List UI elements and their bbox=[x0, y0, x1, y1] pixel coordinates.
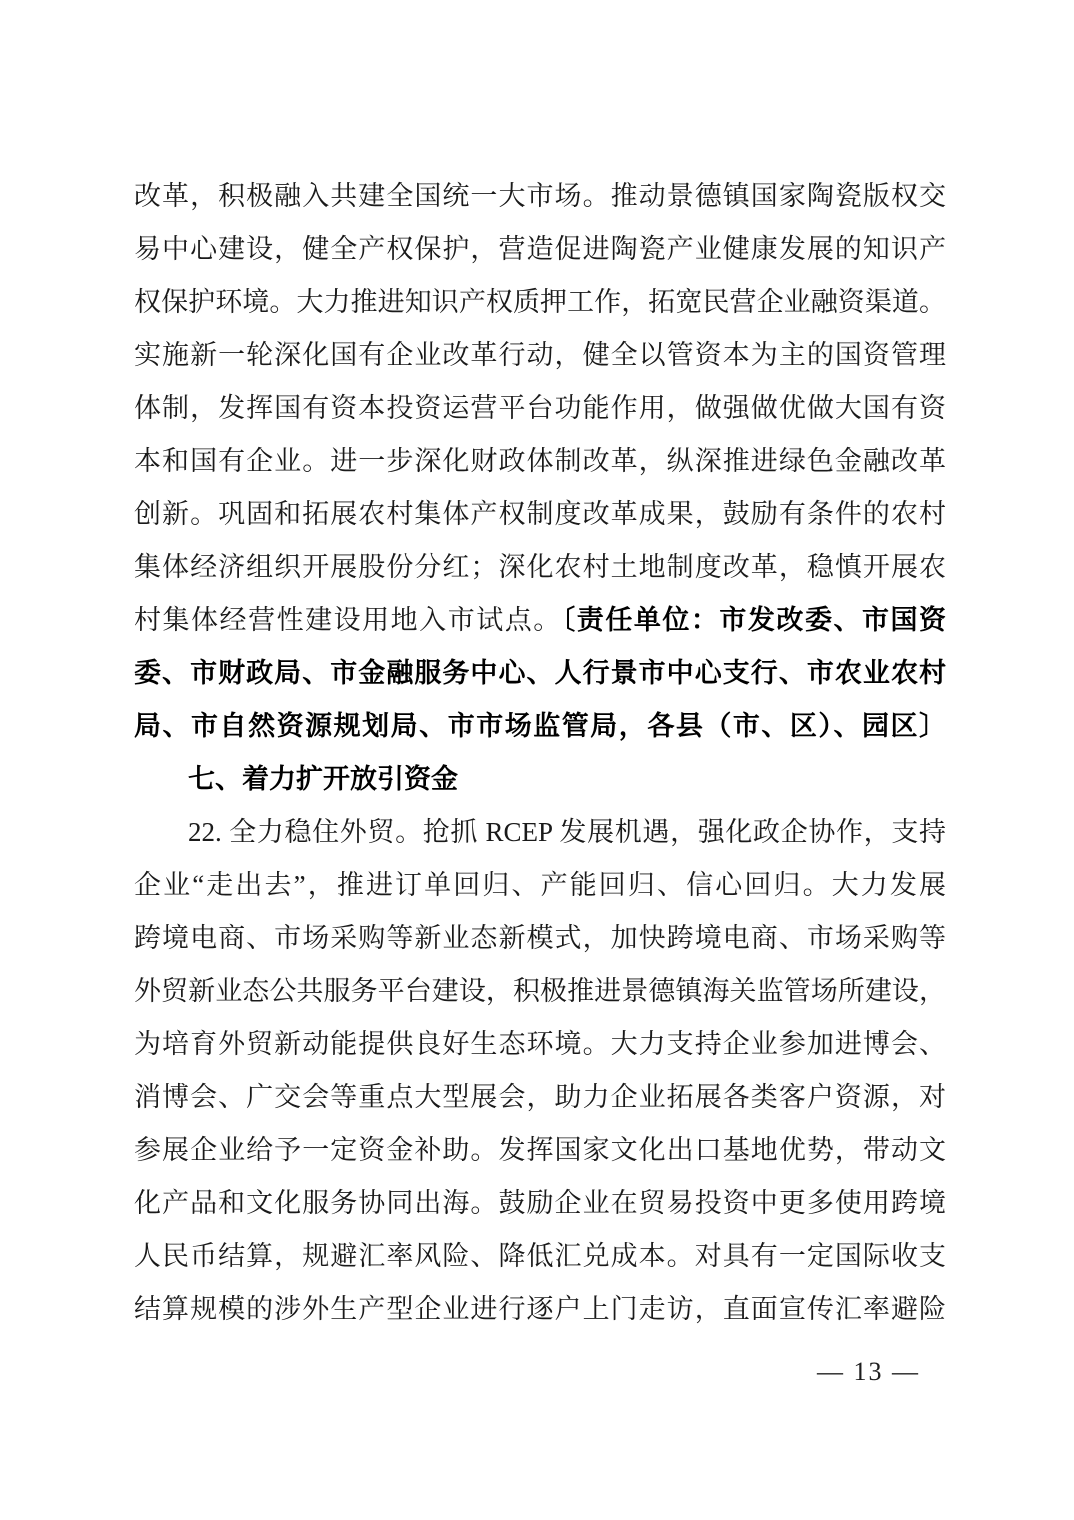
text-segment: 参展企业给予一定资金补助。发挥国家文化出口基地优势，带动文 bbox=[134, 1135, 946, 1165]
text-segment: 本和国有企业。进一步深化财政体制改革，纵深推进绿色金融改革 bbox=[134, 446, 946, 476]
body-line: 村集体经营性建设用地入市试点。〔责任单位：市发改委、市国资 bbox=[134, 594, 946, 647]
body-line: 集体经济组织开展股份分红；深化农村土地制度改革，稳慎开展农 bbox=[134, 541, 946, 594]
body-line: 改革，积极融入共建全国统一大市场。推动景德镇国家陶瓷版权交 bbox=[134, 170, 946, 223]
body-line: 局、市自然资源规划局、市市场监管局，各县（市、区）、园区〕 bbox=[134, 700, 946, 753]
text-segment: 村集体经营性建设用地入市试点。 bbox=[134, 605, 562, 635]
text-segment: 跨境电商、市场采购等新业态新模式，加快跨境电商、市场采购等 bbox=[134, 923, 946, 953]
text-segment: 企业“走出去”，推进订单回归、产能回归、信心回归。大力发展 bbox=[134, 870, 946, 900]
body-line: 结算规模的涉外生产型企业进行逐户上门走访，直面宣传汇率避险 bbox=[134, 1283, 946, 1336]
text-segment: 消博会、广交会等重点大型展会，助力企业拓展各类客户资源，对 bbox=[134, 1082, 946, 1112]
text-segment: 集体经济组织开展股份分红；深化农村土地制度改革，稳慎开展农 bbox=[134, 552, 946, 582]
bold-text-segment: 〔责任单位：市发改委、市国资 bbox=[562, 605, 946, 635]
text-segment: 易中心建设，健全产权保护，营造促进陶瓷产业健康发展的知识产 bbox=[134, 234, 946, 264]
document-body: 改革，积极融入共建全国统一大市场。推动景德镇国家陶瓷版权交易中心建设，健全产权保… bbox=[134, 170, 946, 1336]
body-line: 为培育外贸新动能提供良好生态环境。大力支持企业参加进博会、 bbox=[134, 1018, 946, 1071]
body-line: 22. 全力稳住外贸。抢抓 RCEP 发展机遇，强化政企协作，支持 bbox=[134, 806, 946, 859]
body-line: 本和国有企业。进一步深化财政体制改革，纵深推进绿色金融改革 bbox=[134, 435, 946, 488]
bold-text-segment: 七、着力扩开放引资金 bbox=[188, 764, 458, 794]
body-line: 参展企业给予一定资金补助。发挥国家文化出口基地优势，带动文 bbox=[134, 1124, 946, 1177]
text-segment: 权保护环境。大力推进知识产权质押工作，拓宽民营企业融资渠道。 bbox=[134, 287, 946, 317]
body-line: 易中心建设，健全产权保护，营造促进陶瓷产业健康发展的知识产 bbox=[134, 223, 946, 276]
section-heading: 七、着力扩开放引资金 bbox=[134, 753, 946, 806]
body-line: 创新。巩固和拓展农村集体产权制度改革成果，鼓励有条件的农村 bbox=[134, 488, 946, 541]
text-segment: 体制，发挥国有资本投资运营平台功能作用，做强做优做大国有资 bbox=[134, 393, 946, 423]
body-line: 外贸新业态公共服务平台建设，积极推进景德镇海关监管场所建设， bbox=[134, 965, 946, 1018]
text-segment: 改革，积极融入共建全国统一大市场。推动景德镇国家陶瓷版权交 bbox=[134, 181, 946, 211]
text-segment: 创新。巩固和拓展农村集体产权制度改革成果，鼓励有条件的农村 bbox=[134, 499, 946, 529]
text-segment: 结算规模的涉外生产型企业进行逐户上门走访，直面宣传汇率避险 bbox=[134, 1294, 946, 1324]
bold-text-segment: 局、市自然资源规划局、市市场监管局，各县（市、区）、园区〕 bbox=[134, 711, 946, 741]
page-number: — 13 — bbox=[134, 1352, 920, 1392]
text-segment: 实施新一轮深化国有企业改革行动，健全以管资本为主的国资管理 bbox=[134, 340, 946, 370]
text-segment: 化产品和文化服务协同出海。鼓励企业在贸易投资中更多使用跨境 bbox=[134, 1188, 946, 1218]
text-segment: 22. 全力稳住外贸。抢抓 RCEP 发展机遇，强化政企协作，支持 bbox=[188, 817, 946, 847]
text-segment: 人民币结算，规避汇率风险、降低汇兑成本。对具有一定国际收支 bbox=[134, 1241, 946, 1271]
body-line: 跨境电商、市场采购等新业态新模式，加快跨境电商、市场采购等 bbox=[134, 912, 946, 965]
text-segment: 外贸新业态公共服务平台建设，积极推进景德镇海关监管场所建设， bbox=[134, 976, 946, 1006]
body-line: 委、市财政局、市金融服务中心、人行景市中心支行、市农业农村 bbox=[134, 647, 946, 700]
body-line: 化产品和文化服务协同出海。鼓励企业在贸易投资中更多使用跨境 bbox=[134, 1177, 946, 1230]
bold-text-segment: 委、市财政局、市金融服务中心、人行景市中心支行、市农业农村 bbox=[134, 658, 946, 688]
body-line: 体制，发挥国有资本投资运营平台功能作用，做强做优做大国有资 bbox=[134, 382, 946, 435]
body-line: 消博会、广交会等重点大型展会，助力企业拓展各类客户资源，对 bbox=[134, 1071, 946, 1124]
body-line: 企业“走出去”，推进订单回归、产能回归、信心回归。大力发展 bbox=[134, 859, 946, 912]
text-segment: 为培育外贸新动能提供良好生态环境。大力支持企业参加进博会、 bbox=[134, 1029, 946, 1059]
body-line: 权保护环境。大力推进知识产权质押工作，拓宽民营企业融资渠道。 bbox=[134, 276, 946, 329]
document-page: 改革，积极融入共建全国统一大市场。推动景德镇国家陶瓷版权交易中心建设，健全产权保… bbox=[0, 0, 1074, 1520]
body-line: 实施新一轮深化国有企业改革行动，健全以管资本为主的国资管理 bbox=[134, 329, 946, 382]
body-line: 人民币结算，规避汇率风险、降低汇兑成本。对具有一定国际收支 bbox=[134, 1230, 946, 1283]
